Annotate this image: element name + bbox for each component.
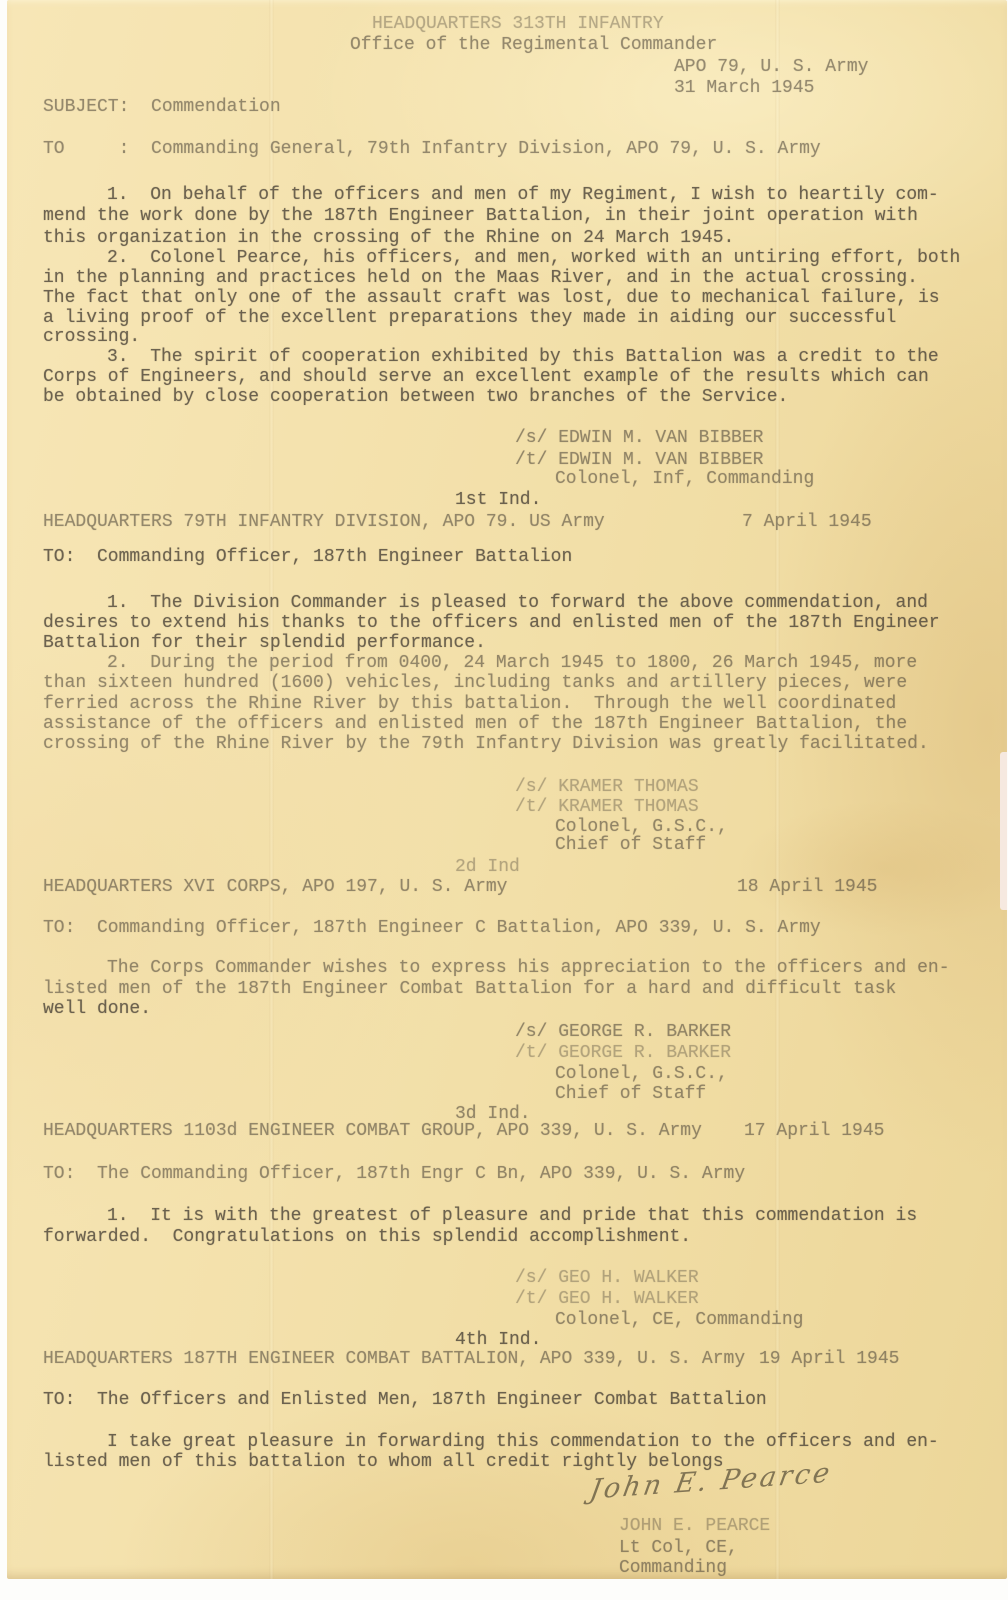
address-line: TO: Commanding Officer, 187th Engineer C…: [43, 918, 821, 938]
scanned-document-screenshot: { "page": { "width": 1008, "height": 160…: [0, 0, 1008, 1600]
scanned-letter-page: HEADQUARTERS 313TH INFANTRYOffice of the…: [7, 0, 1007, 1579]
signature-line: /t/ KRAMER THOMAS: [515, 797, 699, 817]
subject-line: SUBJECT: Commendation: [43, 97, 281, 117]
body-line: desires to extend his thanks to the offi…: [43, 613, 940, 633]
address-line: TO: The Commanding Officer, 187th Engr C…: [43, 1164, 745, 1184]
body-line: Battalion for their splendid performance…: [43, 633, 486, 653]
indorsement-heading-line: 4th Ind.: [455, 1330, 541, 1350]
signature-line: /s/ GEORGE R. BARKER: [515, 1022, 731, 1042]
body-line: well done.: [43, 999, 151, 1019]
indorsement-heading-line: 1st Ind.: [455, 490, 541, 510]
signature-line: Chief of Staff: [555, 1084, 706, 1104]
body-line: be obtained by close cooperation between…: [43, 387, 788, 407]
body-line: 1. It is with the greatest of pleasure a…: [107, 1206, 917, 1226]
body-line: crossing.: [43, 327, 140, 347]
paper-fold-crease: [775, 0, 780, 1579]
indorsement-heading-line: 7 April 1945: [742, 512, 872, 532]
signature-line: /t/ GEORGE R. BARKER: [515, 1043, 731, 1063]
signature-line: Chief of Staff: [555, 835, 706, 855]
letterhead-line: Office of the Regimental Commander: [350, 35, 717, 55]
paper-edge-tear: [1000, 752, 1007, 910]
body-line: 3. The spirit of cooperation exhibited b…: [107, 347, 939, 367]
signature-line: Colonel, G.S.C.,: [555, 1064, 728, 1084]
body-line: crossing of the Rhine River by the 79th …: [43, 734, 929, 754]
signature-line: /t/ GEO H. WALKER: [515, 1289, 699, 1309]
body-line: The Corps Commander wishes to express hi…: [107, 958, 950, 978]
body-line: 1. The Division Commander is pleased to …: [107, 593, 928, 613]
indorsement-heading-line: 2d Ind: [455, 857, 520, 877]
indorsement-heading-line: HEADQUARTERS 79TH INFANTRY DIVISION, APO…: [43, 512, 605, 532]
body-line: this organization in the crossing of the…: [43, 228, 734, 248]
letterhead-date-line: 31 March 1945: [674, 78, 814, 98]
address-line: TO: Commanding Officer, 187th Engineer B…: [43, 547, 572, 567]
indorsement-heading-line: 18 April 1945: [737, 877, 877, 897]
signature-line: Colonel, Inf, Commanding: [555, 469, 814, 489]
letterhead-line: HEADQUARTERS 313TH INFANTRY: [372, 14, 664, 34]
body-line: Corps of Engineers, and should serve an …: [43, 367, 929, 387]
signature-line: JOHN E. PEARCE: [619, 1516, 770, 1536]
body-line: mend the work done by the 187th Engineer…: [43, 206, 918, 226]
body-line: The fact that only one of the assault cr…: [43, 288, 940, 308]
body-line: listed men of the 187th Engineer Combat …: [43, 979, 896, 999]
body-line: assistance of the officers and enlisted …: [43, 714, 907, 734]
indorsement-heading-line: 17 April 1945: [744, 1121, 884, 1141]
body-line: listed men of this battalion to whom all…: [43, 1452, 724, 1472]
body-line: 2. During the period from 0400, 24 March…: [107, 653, 917, 673]
indorsement-heading-line: HEADQUARTERS XVI CORPS, APO 197, U. S. A…: [43, 877, 507, 897]
signature-line: Colonel, CE, Commanding: [555, 1310, 803, 1330]
signature-line: Commanding: [619, 1558, 727, 1578]
indorsement-heading-line: HEADQUARTERS 187TH ENGINEER COMBAT BATTA…: [43, 1349, 745, 1369]
body-line: forwarded. Congratulations on this splen…: [43, 1227, 691, 1247]
signature-line: Colonel, G.S.C.,: [555, 817, 728, 837]
body-line: in the planning and practices held on th…: [43, 268, 918, 288]
body-line: 2. Colonel Pearce, his officers, and men…: [107, 248, 960, 268]
signature-line: /t/ EDWIN M. VAN BIBBER: [515, 450, 763, 470]
indorsement-heading-line: 19 April 1945: [759, 1349, 899, 1369]
indorsement-heading-line: HEADQUARTERS 1103d ENGINEER COMBAT GROUP…: [43, 1121, 702, 1141]
address-line: TO : Commanding General, 79th Infantry D…: [43, 139, 821, 159]
signature-line: /s/ GEO H. WALKER: [515, 1268, 699, 1288]
letterhead-date-line: APO 79, U. S. Army: [674, 57, 868, 77]
body-line: a living proof of the excellent preparat…: [43, 308, 896, 328]
signature-line: /s/ KRAMER THOMAS: [515, 777, 699, 797]
signature-line: Lt Col, CE,: [619, 1538, 738, 1558]
address-line: TO: The Officers and Enlisted Men, 187th…: [43, 1390, 767, 1410]
body-line: 1. On behalf of the officers and men of …: [107, 185, 939, 205]
body-line: ferried across the Rhine River by this b…: [43, 694, 896, 714]
body-line: than sixteen hundred (1600) vehicles, in…: [43, 673, 907, 693]
body-line: I take great pleasure in forwarding this…: [107, 1432, 939, 1452]
signature-line: /s/ EDWIN M. VAN BIBBER: [515, 428, 763, 448]
